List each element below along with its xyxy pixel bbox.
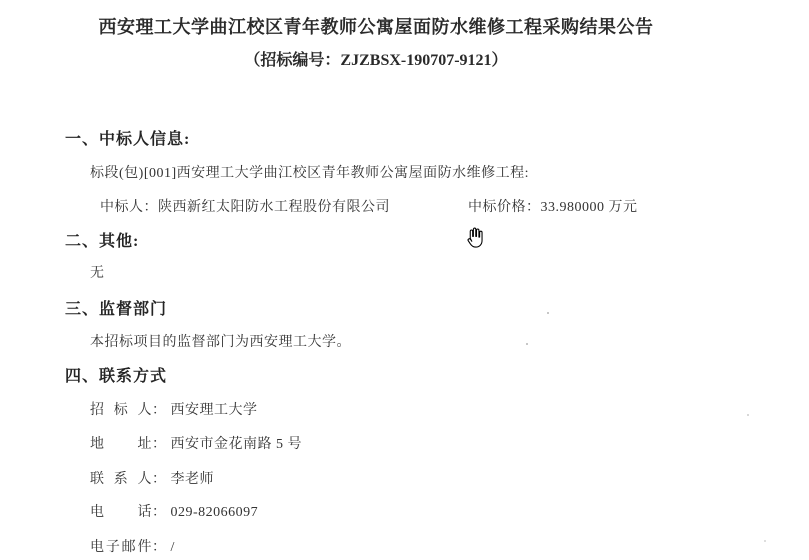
price-block: 中标价格：33.980000 万元 [468,196,638,216]
other-body: 无 [90,262,105,282]
scan-speck [747,414,749,416]
contact-colon: ： [152,468,167,488]
lot-line: 标段(包)[001]西安理工大学曲江校区青年教师公寓屋面防水维修工程: [90,162,529,182]
section-heading-supervision: 三、监督部门 [65,296,167,319]
contact-value: 李老师 [171,472,215,487]
section-heading-other: 二、其他: [65,228,139,251]
hand-grab-cursor-icon [464,226,484,249]
contact-colon: ： [152,433,167,453]
scan-speck [547,312,549,314]
price-label: 中标价格： [468,200,541,215]
contact-row-person: 联系人：李老师 [90,468,214,488]
contact-row-tenderer: 招标人：西安理工大学 [90,399,258,419]
contact-label: 联系人 [90,468,152,488]
contact-colon: ： [152,399,167,419]
section-heading-contact: 四、联系方式 [65,363,167,386]
winner-value: 陕西新红太阳防水工程股份有限公司 [158,200,390,215]
contact-label: 电话 [90,501,152,521]
document-page: 西安理工大学曲江校区青年教师公寓屋面防水维修工程采购结果公告 （招标编号：ZJZ… [0,0,809,560]
document-title: 西安理工大学曲江校区青年教师公寓屋面防水维修工程采购结果公告 [0,13,752,39]
scan-speck [764,540,766,542]
scan-speck [526,343,528,345]
contact-value: 029-82066097 [171,505,259,520]
winner-label: 中标人： [100,200,158,215]
winner-line: 中标人：陕西新红太阳防水工程股份有限公司 中标价格：33.980000 万元 [100,196,390,216]
contact-colon: ： [152,536,167,556]
contact-row-address: 地址：西安市金花南路 5 号 [90,433,302,453]
contact-label: 招标人 [90,399,152,419]
contact-label: 地址 [90,433,152,453]
contact-row-email: 电子邮件：/ [90,536,175,556]
contact-value: 西安市金花南路 5 号 [171,437,303,452]
tender-number-subtitle: （招标编号：ZJZBSX-190707-9121） [0,47,752,70]
supervision-body: 本招标项目的监督部门为西安理工大学。 [90,331,351,351]
section-heading-winner-info: 一、中标人信息: [65,126,190,149]
contact-value: / [171,540,175,555]
contact-row-phone: 电话：029-82066097 [90,501,258,521]
contact-value: 西安理工大学 [171,403,258,418]
contact-label: 电子邮件 [90,536,152,556]
price-value: 33.980000 万元 [541,200,638,215]
contact-colon: ： [152,501,167,521]
